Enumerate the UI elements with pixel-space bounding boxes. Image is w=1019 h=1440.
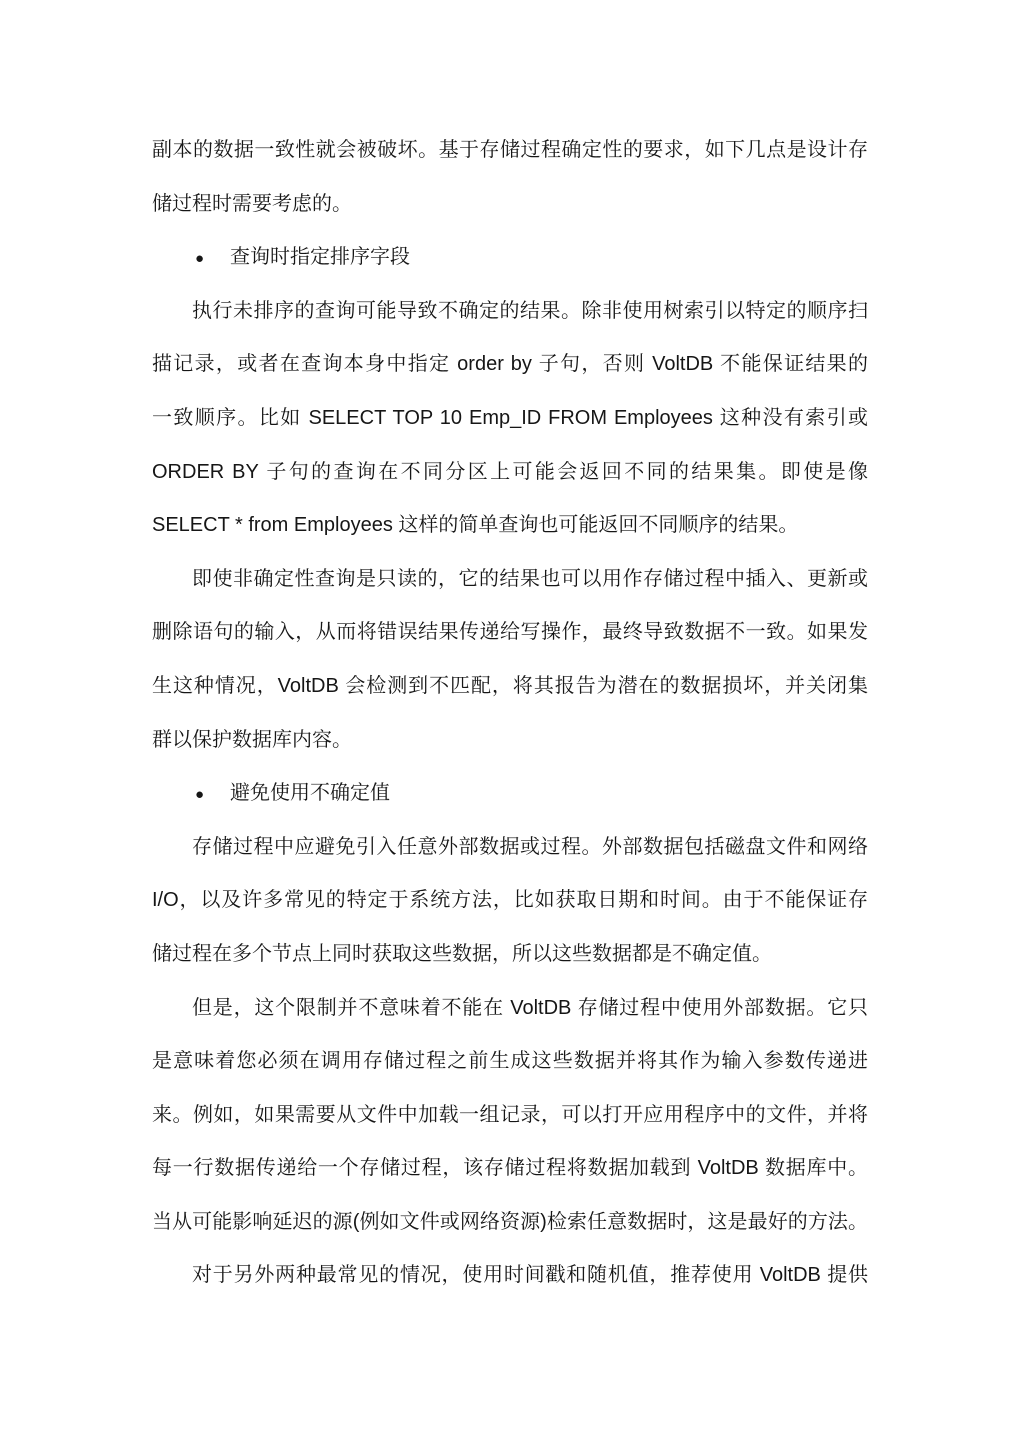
paragraph-line: SELECT * from Employees 这样的简单查询也可能返回不同顺序… xyxy=(152,499,868,553)
document-page: 副本的数据一致性就会被破坏。基于存储过程确定性的要求，如下几点是设计存储过程时需… xyxy=(0,0,1019,1440)
paragraph-line: 存储过程中应避免引入任意外部数据或过程。外部数据包括磁盘文件和网络 xyxy=(152,821,868,875)
paragraph-line: 删除语句的输入，从而将错误结果传递给写操作，最终导致数据不一致。如果发 xyxy=(152,606,868,660)
bullet-item-label: 查询时指定排序字段 xyxy=(230,246,410,268)
paragraph-line: 生这种情况，VoltDB 会检测到不匹配，将其报告为潜在的数据损坏，并关闭集 xyxy=(152,660,868,714)
paragraph-line: 但是，这个限制并不意味着不能在 VoltDB 存储过程中使用外部数据。它只 xyxy=(152,982,868,1036)
paragraph-line: 来。例如，如果需要从文件中加载一组记录，可以打开应用程序中的文件，并将 xyxy=(152,1089,868,1143)
paragraph-line: 储过程在多个节点上同时获取这些数据，所以这些数据都是不确定值。 xyxy=(152,928,868,982)
bullet-icon: ● xyxy=(195,232,230,285)
paragraph-line: 群以保护数据库内容。 xyxy=(152,714,868,768)
paragraph-line: 执行未排序的查询可能导致不确定的结果。除非使用树索引以特定的顺序扫 xyxy=(152,285,868,339)
bullet-icon: ● xyxy=(195,768,230,821)
bullet-item: ●避免使用不确定值 xyxy=(152,767,868,821)
bullet-item: ●查询时指定排序字段 xyxy=(152,231,868,285)
paragraph-line: 当从可能影响延迟的源(例如文件或网络资源)检索任意数据时，这是最好的方法。 xyxy=(152,1196,868,1250)
paragraph-line: 储过程时需要考虑的。 xyxy=(152,178,868,232)
document-text-block: 副本的数据一致性就会被破坏。基于存储过程确定性的要求，如下几点是设计存储过程时需… xyxy=(152,124,868,1303)
paragraph-line: 即使非确定性查询是只读的，它的结果也可以用作存储过程中插入、更新或 xyxy=(152,553,868,607)
paragraph-line: 是意味着您必须在调用存储过程之前生成这些数据并将其作为输入参数传递进 xyxy=(152,1035,868,1089)
paragraph-line: I/O，以及许多常见的特定于系统方法，比如获取日期和时间。由于不能保证存 xyxy=(152,874,868,928)
paragraph-line: 对于另外两种最常见的情况，使用时间戳和随机值，推荐使用 VoltDB 提供 xyxy=(152,1249,868,1303)
paragraph-line: 描记录，或者在查询本身中指定 order by 子句，否则 VoltDB 不能保… xyxy=(152,338,868,392)
paragraph-line: 一致顺序。比如 SELECT TOP 10 Emp_ID FROM Employ… xyxy=(152,392,868,446)
bullet-item-label: 避免使用不确定值 xyxy=(230,782,390,804)
paragraph-line: 每一行数据传递给一个存储过程，该存储过程将数据加载到 VoltDB 数据库中。 xyxy=(152,1142,868,1196)
paragraph-line: ORDER BY 子句的查询在不同分区上可能会返回不同的结果集。即使是像 xyxy=(152,446,868,500)
paragraph-line: 副本的数据一致性就会被破坏。基于存储过程确定性的要求，如下几点是设计存 xyxy=(152,124,868,178)
